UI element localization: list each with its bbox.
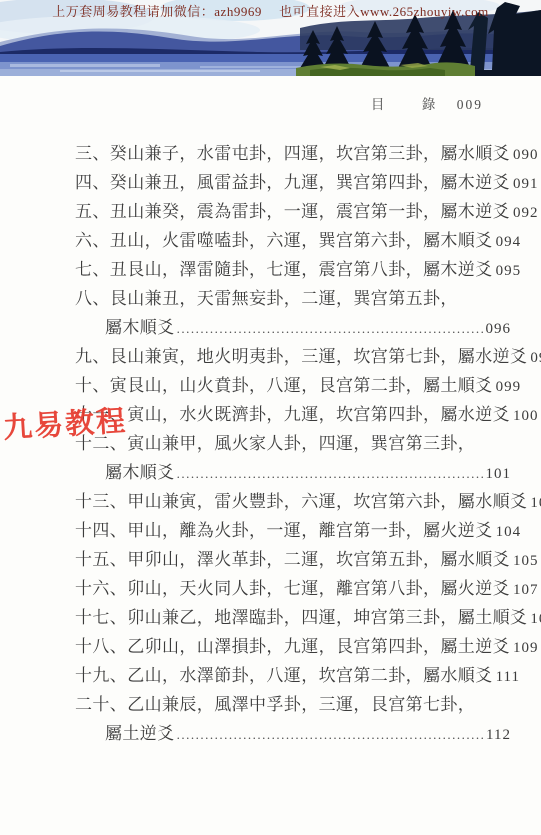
toc-entry-text: 十六、卯山，天火同人卦，七運，離宫第八卦，屬火逆爻	[75, 574, 510, 603]
toc-entry-text: 十七、卯山兼乙，地澤臨卦，四運，坤宫第三卦，屬土順爻	[75, 603, 527, 632]
toc-page-number: 094	[496, 228, 522, 257]
toc-page-number: 091	[513, 170, 539, 199]
page-header-title: 目 錄	[371, 97, 448, 112]
toc-page-number: 109	[513, 634, 539, 663]
toc-page-number: 092	[513, 199, 539, 228]
toc-entry-text: 八、艮山兼丑，天雷無妄卦，二運，巽宫第五卦，	[75, 284, 458, 313]
toc-entry: 十四、甲山，離為火卦，一運，離宫第一卦，屬火逆爻 104	[75, 516, 511, 545]
toc-entry: 十、寅艮山，山火賁卦，八運，艮宫第二卦，屬土順爻 099	[75, 371, 511, 400]
toc-entry-text: 十五、甲卯山，澤火革卦，二運，坎宫第五卦，屬水順爻	[75, 545, 510, 574]
toc-dot-leader	[177, 314, 485, 343]
toc-entry: 十六、卯山，天火同人卦，七運，離宫第八卦，屬火逆爻 107	[75, 574, 511, 603]
toc-list: 三、癸山兼子，水雷屯卦，四運，坎宫第三卦，屬水順爻 090 四、癸山兼丑，風雷益…	[75, 139, 511, 748]
toc-entry-text: 十四、甲山，離為火卦，一運，離宫第一卦，屬火逆爻	[75, 516, 493, 545]
toc-entry-text: 九、艮山兼寅，地火明夷卦，三運，坎宫第七卦，屬水逆爻	[75, 342, 527, 371]
toc-entry: 二十、乙山兼辰，風澤中孚卦，三運，艮宫第七卦，	[75, 690, 511, 719]
toc-entry: 屬木順爻 101	[75, 458, 511, 487]
toc-entry-text: 十一、寅山，水火既濟卦，九運，坎宫第四卦，屬水逆爻	[75, 400, 510, 429]
page-header-number: 009	[457, 97, 483, 112]
toc-entry-text: 屬木順爻	[105, 458, 175, 487]
toc-entry: 十二、寅山兼甲，風火家人卦，四運，巽宫第三卦，	[75, 429, 511, 458]
toc-entry-text: 七、丑艮山，澤雷隨卦，七運，震宫第八卦，屬木逆爻	[75, 255, 493, 284]
toc-entry: 十三、甲山兼寅，雷火豐卦，六運，坎宫第六卦，屬水順爻 103	[75, 487, 511, 516]
toc-entry-text: 十、寅艮山，山火賁卦，八運，艮宫第二卦，屬土順爻	[75, 371, 493, 400]
toc-page-number: 107	[513, 576, 539, 605]
toc-page-number: 095	[496, 257, 522, 286]
toc-page-number: 103	[530, 489, 541, 518]
toc-page-number: 108	[530, 605, 541, 634]
toc-page-number: 096	[486, 315, 512, 344]
toc-entry: 十九、乙山，水澤節卦，八運，坎宫第二卦，屬水順爻 111	[75, 661, 511, 690]
toc-entry-text: 三、癸山兼子，水雷屯卦，四運，坎宫第三卦，屬水順爻	[75, 139, 510, 168]
toc-entry-text: 十八、乙卯山，山澤損卦，九運，艮宫第四卦，屬土逆爻	[75, 632, 510, 661]
watermark-text: 九易教程	[2, 398, 128, 446]
toc-entry-text: 四、癸山兼丑，風雷益卦，九運，巽宫第四卦，屬木逆爻	[75, 168, 510, 197]
toc-entry-text: 五、丑山兼癸，震為雷卦，一運，震宫第一卦，屬木逆爻	[75, 197, 510, 226]
toc-page-number: 097	[530, 344, 541, 373]
toc-entry: 三、癸山兼子，水雷屯卦，四運，坎宫第三卦，屬水順爻 090	[75, 139, 511, 168]
toc-entry-text: 二十、乙山兼辰，風澤中孚卦，三運，艮宫第七卦，	[75, 690, 475, 719]
toc-page-number: 104	[496, 518, 522, 547]
toc-entry-text: 十九、乙山，水澤節卦，八運，坎宫第二卦，屬水順爻	[75, 661, 493, 690]
toc-entry: 四、癸山兼丑，風雷益卦，九運，巽宫第四卦，屬木逆爻 091	[75, 168, 511, 197]
toc-entry-text: 屬土逆爻	[105, 719, 175, 748]
toc-entry: 屬土逆爻 112	[75, 719, 511, 748]
toc-page-number: 101	[486, 460, 512, 489]
toc-entry-text: 十二、寅山兼甲，風火家人卦，四運，巽宫第三卦，	[75, 429, 475, 458]
toc-entry-text: 屬木順爻	[105, 313, 175, 342]
scanned-book-page: 上万套周易教程请加微信：azh9969 也可直接进入www.265zhouyiw…	[0, 0, 541, 835]
toc-entry: 八、艮山兼丑，天雷無妄卦，二運，巽宫第五卦，	[75, 284, 511, 313]
toc-page-number: 099	[496, 373, 522, 402]
toc-entry: 七、丑艮山，澤雷隨卦，七運，震宫第八卦，屬木逆爻 095	[75, 255, 511, 284]
page-header: 目 錄 009	[371, 93, 483, 113]
toc-entry: 六、丑山，火雷噬嗑卦，六運，巽宫第六卦，屬木順爻 094	[75, 226, 511, 255]
toc-entry: 九、艮山兼寅，地火明夷卦，三運，坎宫第七卦，屬水逆爻 097	[75, 342, 511, 371]
toc-page-number: 100	[513, 402, 539, 431]
toc-entry-text: 十三、甲山兼寅，雷火豐卦，六運，坎宫第六卦，屬水順爻	[75, 487, 527, 516]
toc-entry: 十一、寅山，水火既濟卦，九運，坎宫第四卦，屬水逆爻 100	[75, 400, 511, 429]
toc-page-number: 090	[513, 141, 539, 170]
toc-entry: 十八、乙卯山，山澤損卦，九運，艮宫第四卦，屬土逆爻 109	[75, 632, 511, 661]
promo-banner-text: 上万套周易教程请加微信：azh9969 也可直接进入www.265zhouyiw…	[0, 1, 541, 20]
toc-entry: 屬木順爻 096	[75, 313, 511, 342]
toc-entry-text: 六、丑山，火雷噬嗑卦，六運，巽宫第六卦，屬木順爻	[75, 226, 493, 255]
toc-page-number: 112	[486, 721, 511, 750]
toc-page-number: 111	[496, 663, 520, 692]
toc-dot-leader	[177, 459, 485, 488]
toc-dot-leader	[177, 720, 485, 749]
toc-entry: 十七、卯山兼乙，地澤臨卦，四運，坤宫第三卦，屬土順爻 108	[75, 603, 511, 632]
toc-entry: 十五、甲卯山，澤火革卦，二運，坎宫第五卦，屬水順爻 105	[75, 545, 511, 574]
toc-page-number: 105	[513, 547, 539, 576]
toc-entry: 五、丑山兼癸，震為雷卦，一運，震宫第一卦，屬木逆爻 092	[75, 197, 511, 226]
